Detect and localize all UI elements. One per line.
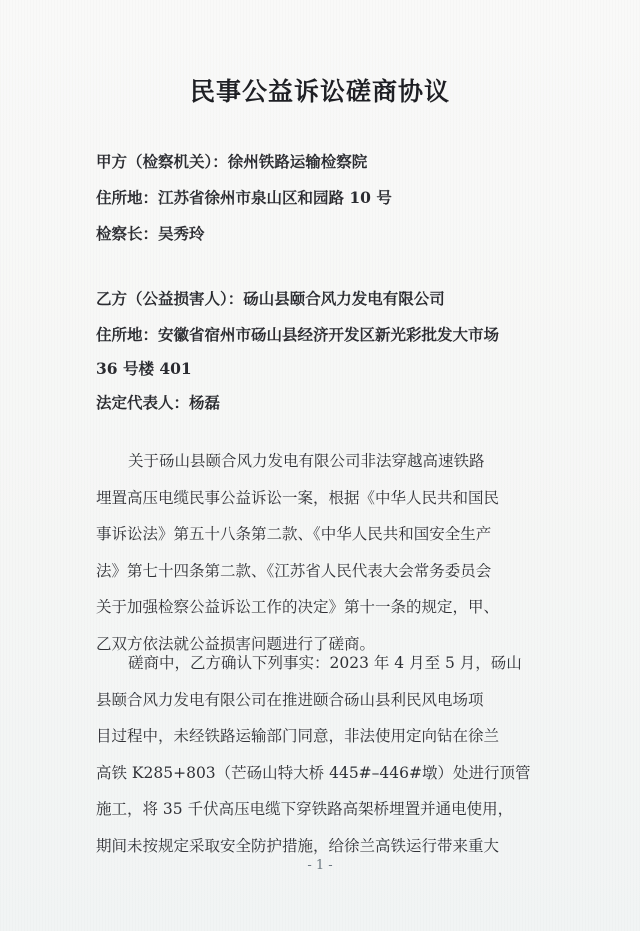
party-b-role: 乙方（公益损害人）：砀山县颐合风力发电有限公司: [96, 287, 445, 309]
party-a-address: 住所地：江苏省徐州市泉山区和园路 10 号: [96, 186, 392, 208]
party-a-role: 甲方（检察机关）：徐州铁路运输检察院: [96, 150, 367, 172]
paragraph-row: 磋商中，乙方确认下列事实：2023 年 4 月至 5 月，砀山: [96, 645, 566, 682]
paragraph-row: 关于加强检察公益诉讼工作的决定》第十一条的规定，甲、: [96, 589, 566, 626]
paragraph-row: 高铁 K285+803（芒砀山特大桥 445#–446#墩）处进行顶管: [96, 755, 566, 792]
paragraph-row: 关于砀山县颐合风力发电有限公司非法穿越高速铁路: [96, 443, 566, 480]
paragraph-facts: 磋商中，乙方确认下列事实：2023 年 4 月至 5 月，砀山 县颐合风力发电有…: [96, 645, 566, 864]
paragraph-legal-basis: 关于砀山县颐合风力发电有限公司非法穿越高速铁路 埋置高压电缆民事公益诉讼一案，根…: [96, 443, 566, 662]
party-b-address-2: 36 号楼 401: [96, 357, 192, 379]
party-b-address-1: 住所地：安徽省宿州市砀山县经济开发区新光彩批发大市场: [96, 323, 499, 345]
paragraph-row: 县颐合风力发电有限公司在推进颐合砀山县利民风电场项: [96, 682, 566, 719]
paragraph-row: 目过程中，未经铁路运输部门同意，非法使用定向钻在徐兰: [96, 718, 566, 755]
paragraph-row: 施工，将 35 千伏高压电缆下穿铁路高架桥埋置并通电使用，: [96, 791, 566, 828]
document-title: 民事公益诉讼磋商协议: [0, 72, 640, 108]
paragraph-row: 法》第七十四条第二款、《江苏省人民代表大会常务委员会: [96, 553, 566, 590]
paragraph-row: 事诉讼法》第五十八条第二款、《中华人民共和国安全生产: [96, 516, 566, 553]
party-b-representative: 法定代表人：杨磊: [96, 391, 220, 413]
document-page: 民事公益诉讼磋商协议 甲方（检察机关）：徐州铁路运输检察院 住所地：江苏省徐州市…: [0, 0, 640, 931]
party-a-head: 检察长：吴秀玲: [96, 222, 205, 244]
page-number: - 1 -: [0, 858, 640, 873]
paragraph-row: 埋置高压电缆民事公益诉讼一案，根据《中华人民共和国民: [96, 480, 566, 517]
